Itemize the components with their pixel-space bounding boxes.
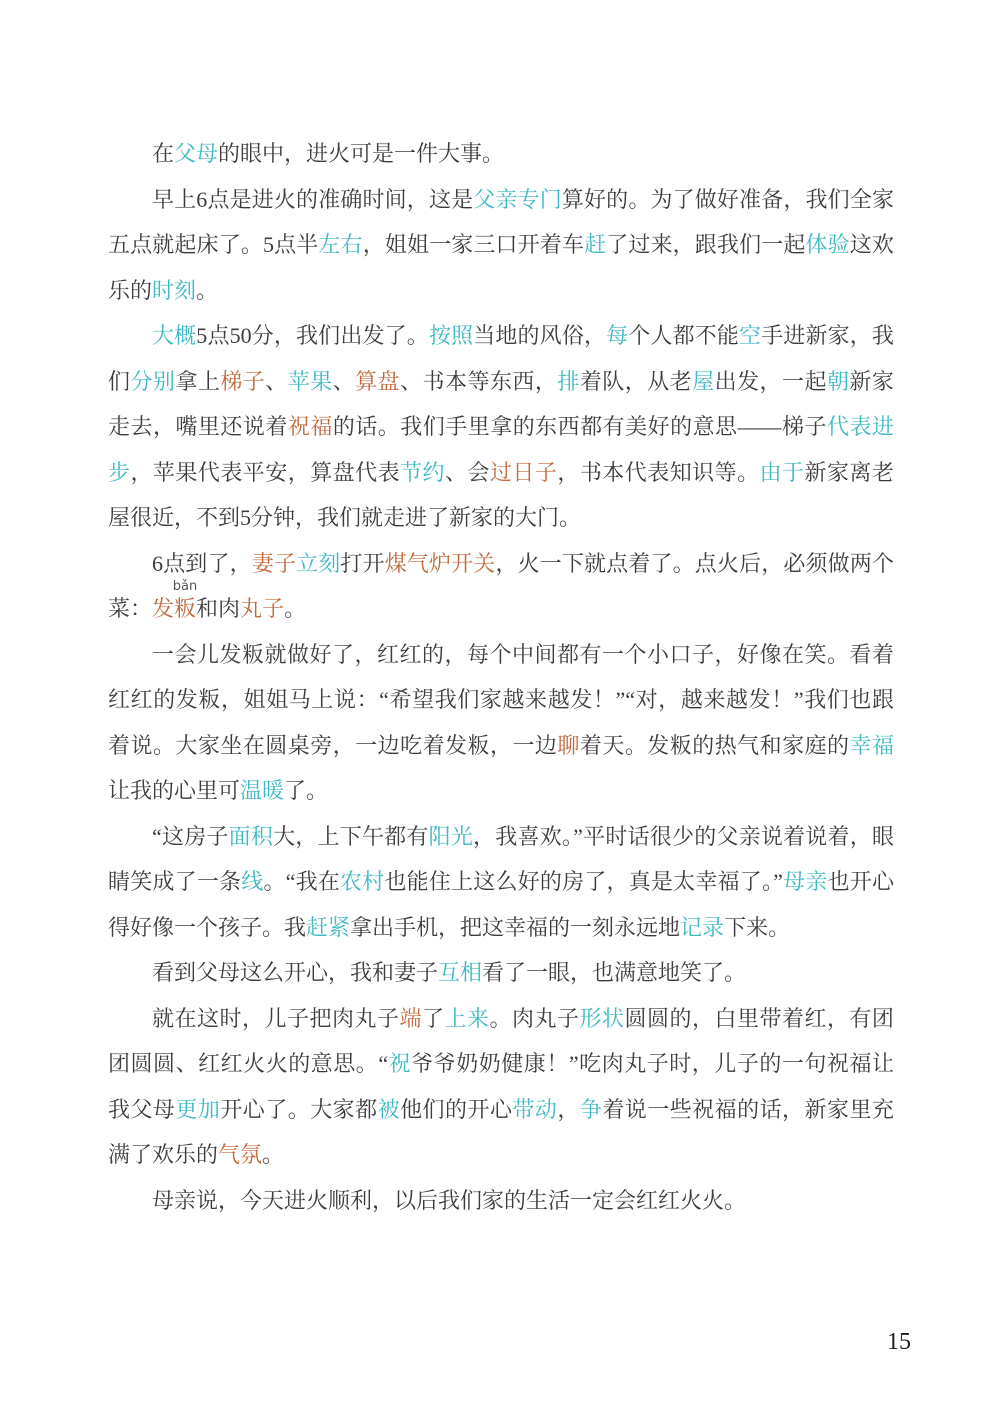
text-run: 的眼中，进火可是一件大事。 (218, 141, 504, 166)
vocab-highlight: 立刻 (296, 551, 340, 576)
vocab-highlight: 苹果 (288, 369, 333, 394)
vocab-highlight: 带动 (512, 1097, 557, 1122)
text-run: 了 (422, 1006, 445, 1031)
paragraph: 大概5点50分，我们出发了。按照当地的风俗，每个人都不能空手进新家，我们分别拿上… (108, 313, 894, 541)
text-run: 的话。我们手里拿的东西都有美好的意思——梯子 (333, 414, 827, 439)
vocab-highlight: 梯子 (220, 369, 265, 394)
vocab-highlight: 分别 (130, 369, 175, 394)
text-run: 、会 (445, 460, 490, 485)
text-run: 。 (284, 596, 306, 621)
text-run: 看了一眼，也满意地笑了。 (482, 960, 746, 985)
text-run: ，姐姐一家三口开着车 (363, 232, 584, 257)
vocab-highlight: 更加 (175, 1097, 220, 1122)
paragraph: 6点到了，妻子立刻打开煤气炉开关，火一下就点着了。点火后，必须做两个菜：发bǎn… (108, 541, 894, 632)
text-run: 了。 (284, 778, 328, 803)
vocab-highlight: 丸子 (240, 596, 284, 621)
vocab-highlight: 上来 (444, 1006, 489, 1031)
paragraph: “这房子面积大，上下午都有阳光，我喜欢。”平时话很少的父亲说着说着，眼睛笑成了一… (108, 814, 894, 951)
vocab-highlight: 左右 (318, 232, 362, 257)
document-page: 在父母的眼中，进火可是一件大事。早上6点是进火的准确时间，这是父亲专门算好的。为… (0, 0, 1000, 1418)
vocab-highlight: 煤气炉开关 (385, 551, 496, 576)
vocab-highlight: 形状 (579, 1006, 624, 1031)
vocab-highlight: 农村 (340, 869, 384, 894)
text-run: 。“我在 (263, 869, 340, 894)
text-run: 母亲说，今天进火顺利，以后我们家的生活一定会红红火火。 (152, 1188, 746, 1213)
vocab-highlight: 幸福 (850, 733, 894, 758)
text-run: 就在这时，儿子把肉丸子 (152, 1006, 399, 1031)
story-text: 在父母的眼中，进火可是一件大事。早上6点是进火的准确时间，这是父亲专门算好的。为… (108, 131, 894, 1223)
vocab-highlight: 排 (557, 369, 579, 394)
vocab-highlight: 节约 (400, 460, 445, 485)
text-run: 拿上 (175, 369, 220, 394)
vocab-highlight: 每 (606, 323, 628, 348)
vocab-highlight: 母亲 (783, 869, 828, 894)
vocab-highlight: 气氛 (218, 1142, 262, 1167)
text-run: 、 (265, 369, 287, 394)
text-run: ， (557, 1097, 579, 1122)
text-run: ，苹果代表平安，算盘代表 (130, 460, 400, 485)
paragraph: 看到父母这么开心，我和妻子互相看了一眼，也满意地笑了。 (108, 950, 894, 996)
text-run: 。肉丸子 (489, 1006, 579, 1031)
vocab-highlight: 祝 (388, 1051, 411, 1076)
paragraph: 在父母的眼中，进火可是一件大事。 (108, 131, 894, 177)
text-run: 他们的开心 (400, 1097, 512, 1122)
text-run: 拿出手机，把这幸福的一刻永远地 (350, 915, 680, 940)
text-run: 当地的风俗， (473, 323, 606, 348)
vocab-highlight: 发 (152, 596, 174, 621)
text-run: 5点50分，我们出发了。 (196, 323, 429, 348)
pinyin-annotation: bǎn (173, 580, 197, 593)
vocab-highlight: 赶 (584, 232, 606, 257)
text-run: 打开 (340, 551, 384, 576)
text-run: 和肉 (196, 596, 240, 621)
paragraph: 就在这时，儿子把肉丸子端了上来。肉丸子形状圆圆的，白里带着红，有团团圆圆、红红火… (108, 996, 894, 1178)
text-run: 、书本等东西， (400, 369, 557, 394)
paragraph: 一会儿发粄就做好了，红红的，每个中间都有一个小口子，好像在笑。看着红红的发粄，姐… (108, 632, 894, 814)
vocab-highlight: 赶紧 (306, 915, 350, 940)
vocab-highlight: 父母 (174, 141, 218, 166)
vocab-highlight: 被 (378, 1097, 400, 1122)
text-run: “这房子 (152, 824, 229, 849)
text-run: 。 (196, 278, 218, 303)
vocab-highlight: 温暖 (240, 778, 284, 803)
vocab-highlight: 大概 (152, 323, 196, 348)
text-run: 早上6点是进火的准确时间，这是 (152, 187, 473, 212)
vocab-highlight: 空 (739, 323, 761, 348)
text-run: 6点到了， (152, 551, 252, 576)
vocab-highlight: 屋 (692, 369, 714, 394)
vocab-highlight: 记录 (680, 915, 724, 940)
vocab-highlight: 过日子 (490, 460, 557, 485)
vocab-highlight: 时刻 (152, 278, 196, 303)
text-run: 大，上下午都有 (273, 824, 429, 849)
vocab-highlight: 父亲专门 (473, 187, 562, 212)
vocab-highlight: 阳光 (429, 824, 473, 849)
vocab-highlight: 按照 (429, 323, 473, 348)
text-run: 、 (333, 369, 355, 394)
vocab-highlight: 端 (399, 1006, 422, 1031)
text-run: 个人都不能 (628, 323, 739, 348)
text-run: 。 (262, 1142, 284, 1167)
vocab-highlight: bǎn粄 (174, 596, 196, 621)
vocab-highlight: 体验 (806, 232, 850, 257)
text-run: ，书本代表知识等。 (557, 460, 759, 485)
text-run: 着队，从老 (580, 369, 692, 394)
text-run: 也能住上这么好的房了，真是太幸福了。” (384, 869, 782, 894)
paragraph: 母亲说，今天进火顺利，以后我们家的生活一定会红红火火。 (108, 1178, 894, 1224)
vocab-highlight: 聊 (557, 733, 579, 758)
text-run: 下来。 (724, 915, 790, 940)
text-run: 开心了。大家都 (220, 1097, 377, 1122)
vocab-highlight: 争 (580, 1097, 602, 1122)
text-run: 出发，一起 (715, 369, 827, 394)
text-run: 了过来，跟我们一起 (606, 232, 805, 257)
vocab-highlight: 互相 (438, 960, 482, 985)
text-run: 看到父母这么开心，我和妻子 (152, 960, 438, 985)
vocab-highlight: 朝 (827, 369, 849, 394)
page-number: 15 (887, 1330, 911, 1354)
vocab-highlight: 线 (241, 869, 263, 894)
vocab-highlight: 由于 (760, 460, 805, 485)
vocab-highlight: 祝福 (288, 414, 333, 439)
text-run: 在 (152, 141, 174, 166)
text-run: 让我的心里可 (108, 778, 240, 803)
vocab-highlight: 代表 (827, 414, 872, 439)
vocab-highlight: 妻子 (252, 551, 296, 576)
vocab-highlight: 面积 (229, 824, 273, 849)
vocab-highlight: 算盘 (355, 369, 400, 394)
paragraph: 早上6点是进火的准确时间，这是父亲专门算好的。为了做好准备，我们全家五点就起床了… (108, 177, 894, 314)
text-run: 着天。发粄的热气和家庭的 (580, 733, 850, 758)
